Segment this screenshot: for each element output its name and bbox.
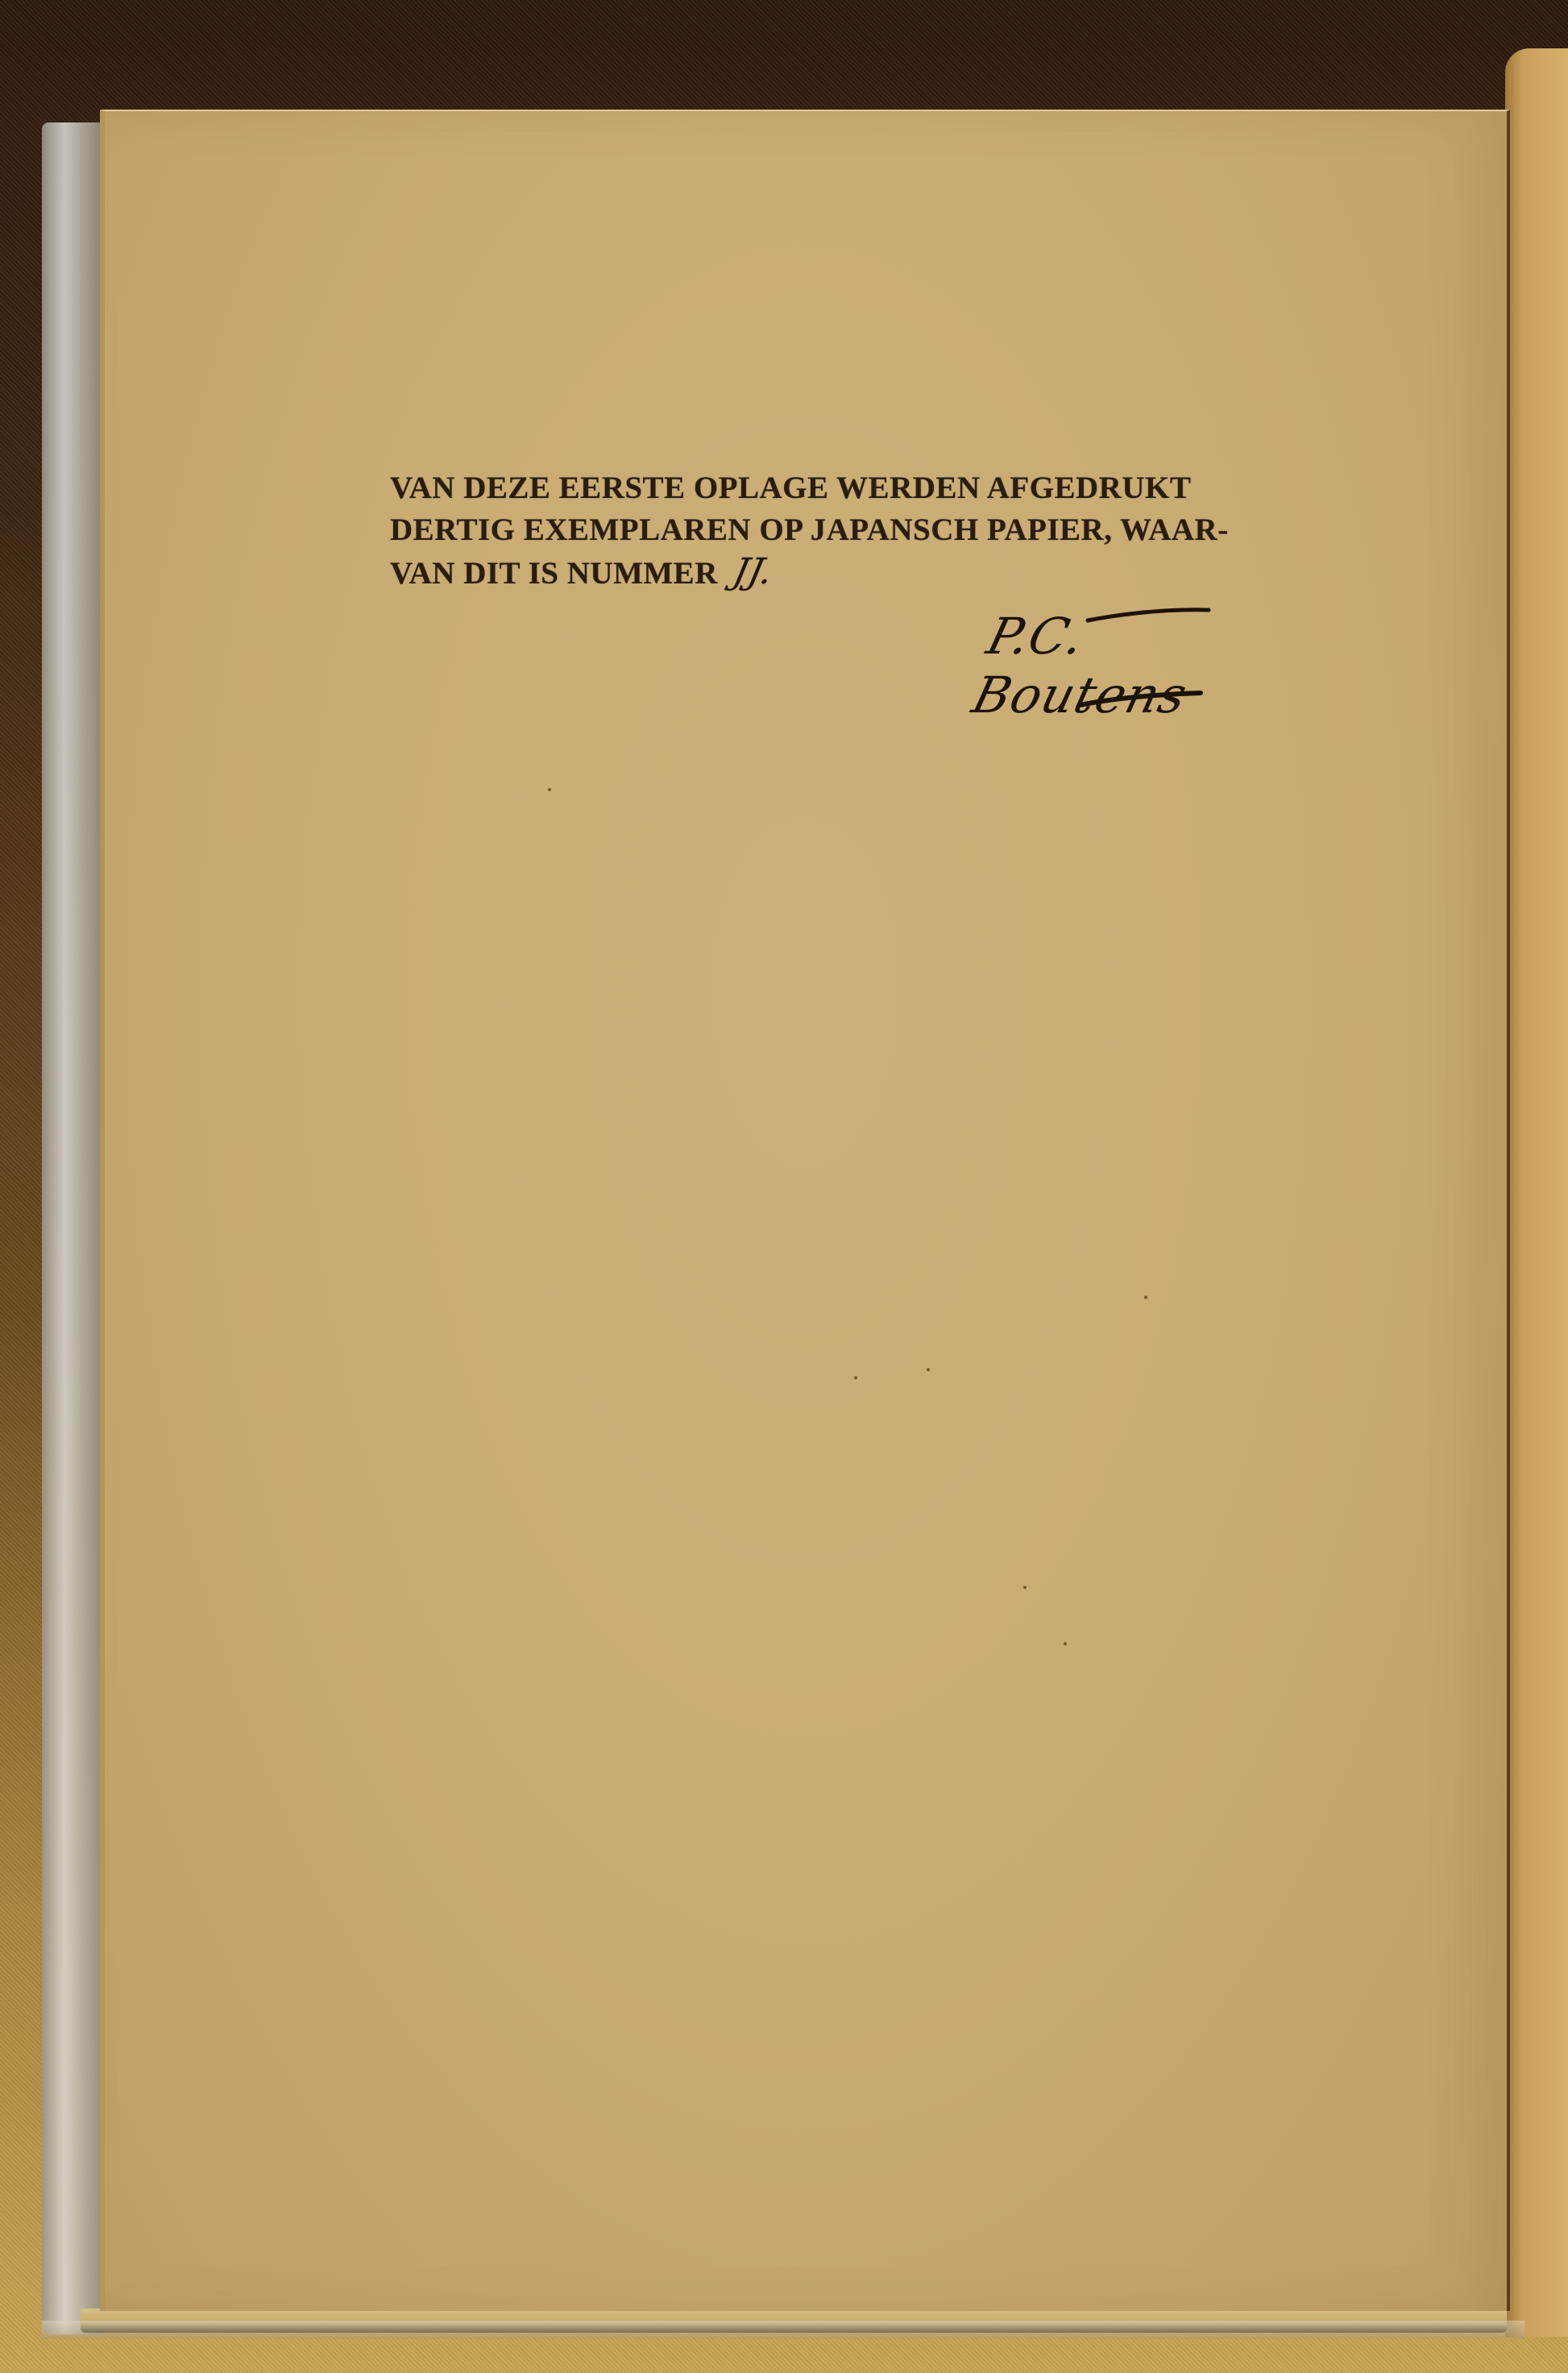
signature-text: P.C. Boutens: [967, 607, 1304, 724]
paper-speck: [927, 1368, 930, 1371]
facing-page-edge: [1505, 48, 1568, 2337]
colophon-line-1: VAN DEZE EERSTE OPLAGE WERDEN AFGEDRUKT: [390, 467, 1325, 509]
book-page: [100, 110, 1510, 2311]
paper-speck: [1144, 1296, 1147, 1299]
handwritten-copy-number: JJ.: [729, 551, 776, 593]
glassine-wrapper-bottom: [42, 2321, 1524, 2338]
colophon-line-3: VAN DIT IS NUMMERJJ.: [390, 551, 1325, 595]
colophon-line-2: DERTIG EXEMPLAREN OP JAPANSCH PAPIER, WA…: [390, 509, 1325, 551]
paper-speck: [548, 788, 551, 791]
colophon-text: VAN DEZE EERSTE OPLAGE WERDEN AFGEDRUKT …: [390, 467, 1325, 595]
paper-speck: [1023, 1586, 1027, 1589]
paper-speck: [854, 1376, 857, 1379]
author-signature: P.C. Boutens: [967, 592, 1289, 713]
paper-speck: [1064, 1642, 1067, 1645]
glassine-wrapper-spine: [42, 122, 106, 2334]
colophon-line-3-text: VAN DIT IS NUMMER: [390, 556, 718, 591]
